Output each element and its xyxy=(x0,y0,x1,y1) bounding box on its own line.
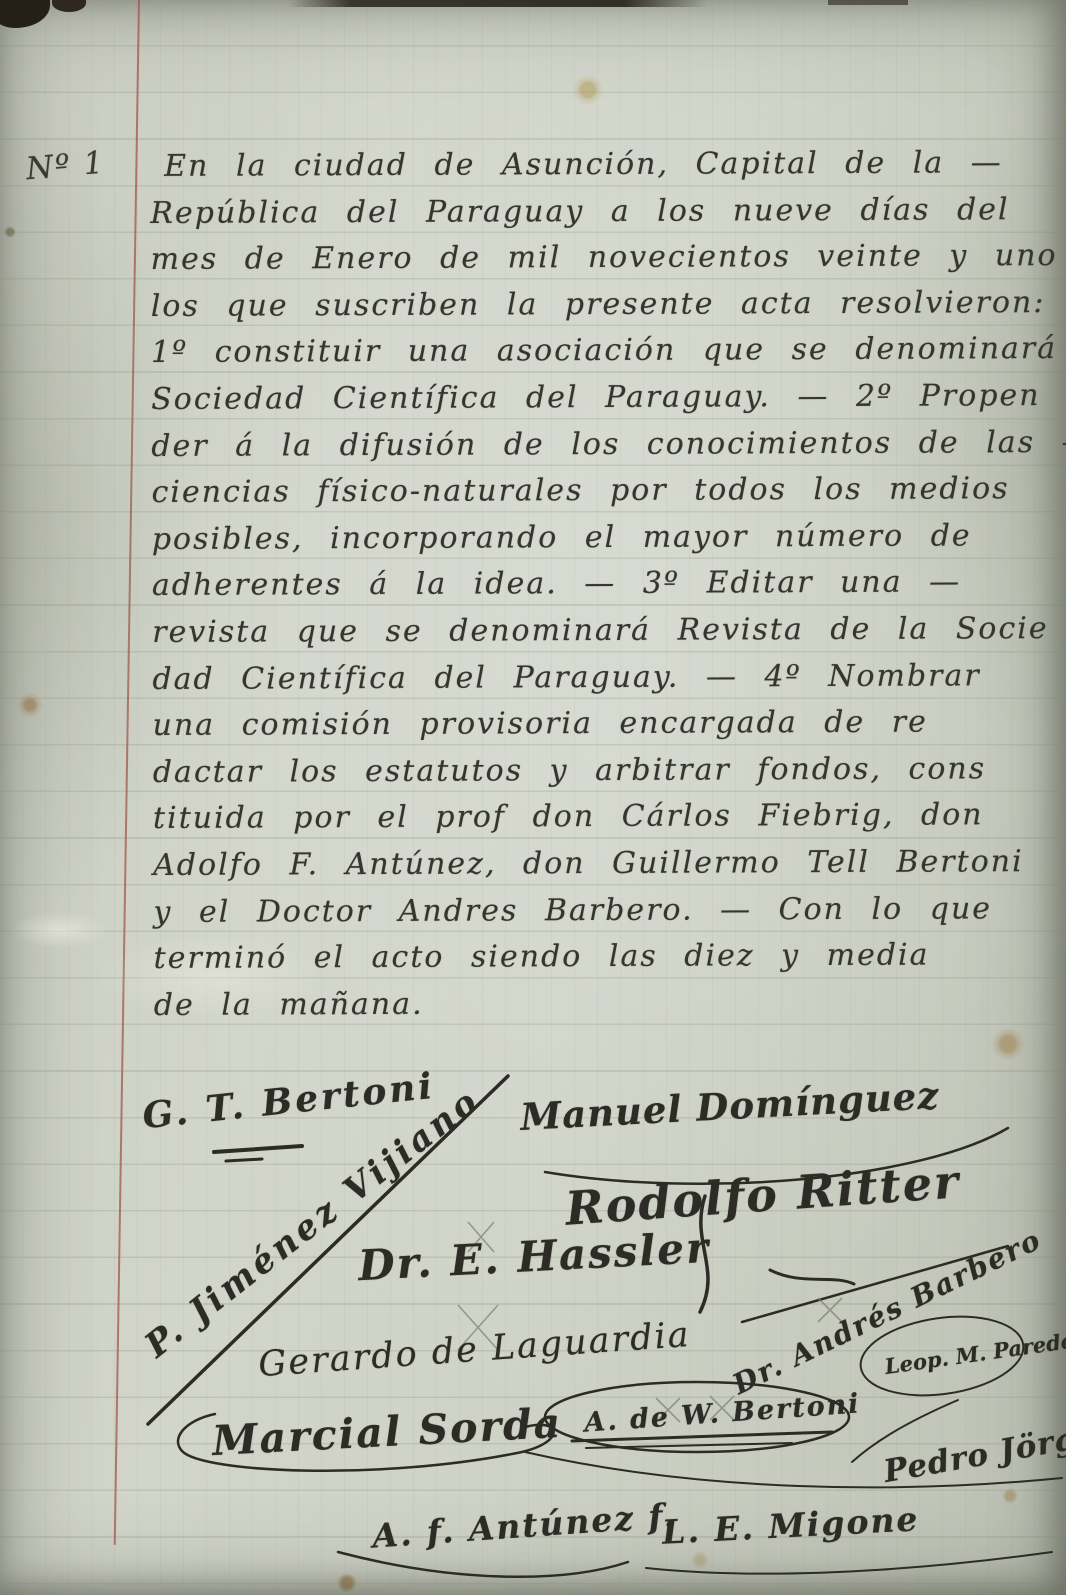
manuscript-line: dactar los estatutos y arbitrar fondos, … xyxy=(153,746,1053,797)
manuscript-line: terminó el acto siendo las diez y media xyxy=(154,932,1054,983)
manuscript-line: de la mañana. xyxy=(154,979,1054,1030)
signature-gt-bertoni: G. T. Bertoni xyxy=(141,1065,437,1137)
signature-aw-bertoni: A. de W. Bertoni xyxy=(583,1388,861,1438)
manuscript-line: mes de Enero de mil novecientos veinte y… xyxy=(150,233,1050,284)
act-number-label: Nº 1 xyxy=(25,145,107,188)
top-left-ink-blot xyxy=(0,0,50,28)
manuscript-line: der á la difusión de los conocimientos d… xyxy=(151,420,1051,471)
signature-laguardia: Gerardo de Laguardia xyxy=(257,1315,692,1385)
signature-rodolfo-ritter: Rodolfo Ritter xyxy=(564,1154,962,1235)
manuscript-line: Sociedad Científica del Paraguay. — 2º P… xyxy=(151,373,1051,424)
manuscript-line: revista que se denominará Revista de la … xyxy=(152,606,1052,657)
signature-manuel-dominguez: Manuel Domínguez xyxy=(519,1073,940,1139)
manuscript-line: República del Paraguay a los nueve días … xyxy=(150,187,1050,238)
manuscript-body: En la ciudad de Asunción, Capital de la … xyxy=(150,140,1054,1029)
top-edge-mark xyxy=(828,0,908,5)
manuscript-line: y el Doctor Andres Barbero. — Con lo que xyxy=(153,886,1053,937)
signature-pedro-jorgensen: Pedro Jörgensen xyxy=(881,1402,1066,1490)
manuscript-line: En la ciudad de Asunción, Capital de la … xyxy=(150,140,1050,191)
manuscript-line: dad Científica del Paraguay. — 4º Nombra… xyxy=(152,653,1052,704)
signature-dr-e-hassler: Dr. E. Hassler xyxy=(357,1223,711,1290)
signature-marcial-sorda: Marcial Sorda xyxy=(211,1399,563,1465)
signature-leop-paredes: Leop. M. Paredes xyxy=(883,1326,1066,1379)
signature-le-migone: L. E. Migone xyxy=(661,1499,920,1551)
manuscript-line: 1º constituir una asociación que se deno… xyxy=(151,326,1051,377)
manuscript-line: adherentes á la idea. — 3º Editar una — xyxy=(152,559,1052,610)
top-left-ink-blot-small xyxy=(52,0,86,12)
manuscript-line: ciencias físico-naturales por todos los … xyxy=(151,466,1051,517)
manuscript-page: Nº 1 En la ciudad de Asunción, Capital d… xyxy=(0,0,1066,1595)
manuscript-line: tituida por el prof don Cárlos Fiebrig, … xyxy=(153,792,1053,843)
signature-af-antunez: A. f. Antúnez f. xyxy=(371,1495,678,1555)
top-edge-shadow xyxy=(288,0,708,7)
manuscript-line: los que suscriben la presente acta resol… xyxy=(151,280,1051,331)
manuscript-line: una comisión provisoria encargada de re xyxy=(153,699,1053,750)
red-margin-line xyxy=(114,0,140,1545)
manuscript-line: Adolfo F. Antúnez, don Guillermo Tell Be… xyxy=(153,839,1053,890)
manuscript-line: posibles, incorporando el mayor número d… xyxy=(152,513,1052,564)
